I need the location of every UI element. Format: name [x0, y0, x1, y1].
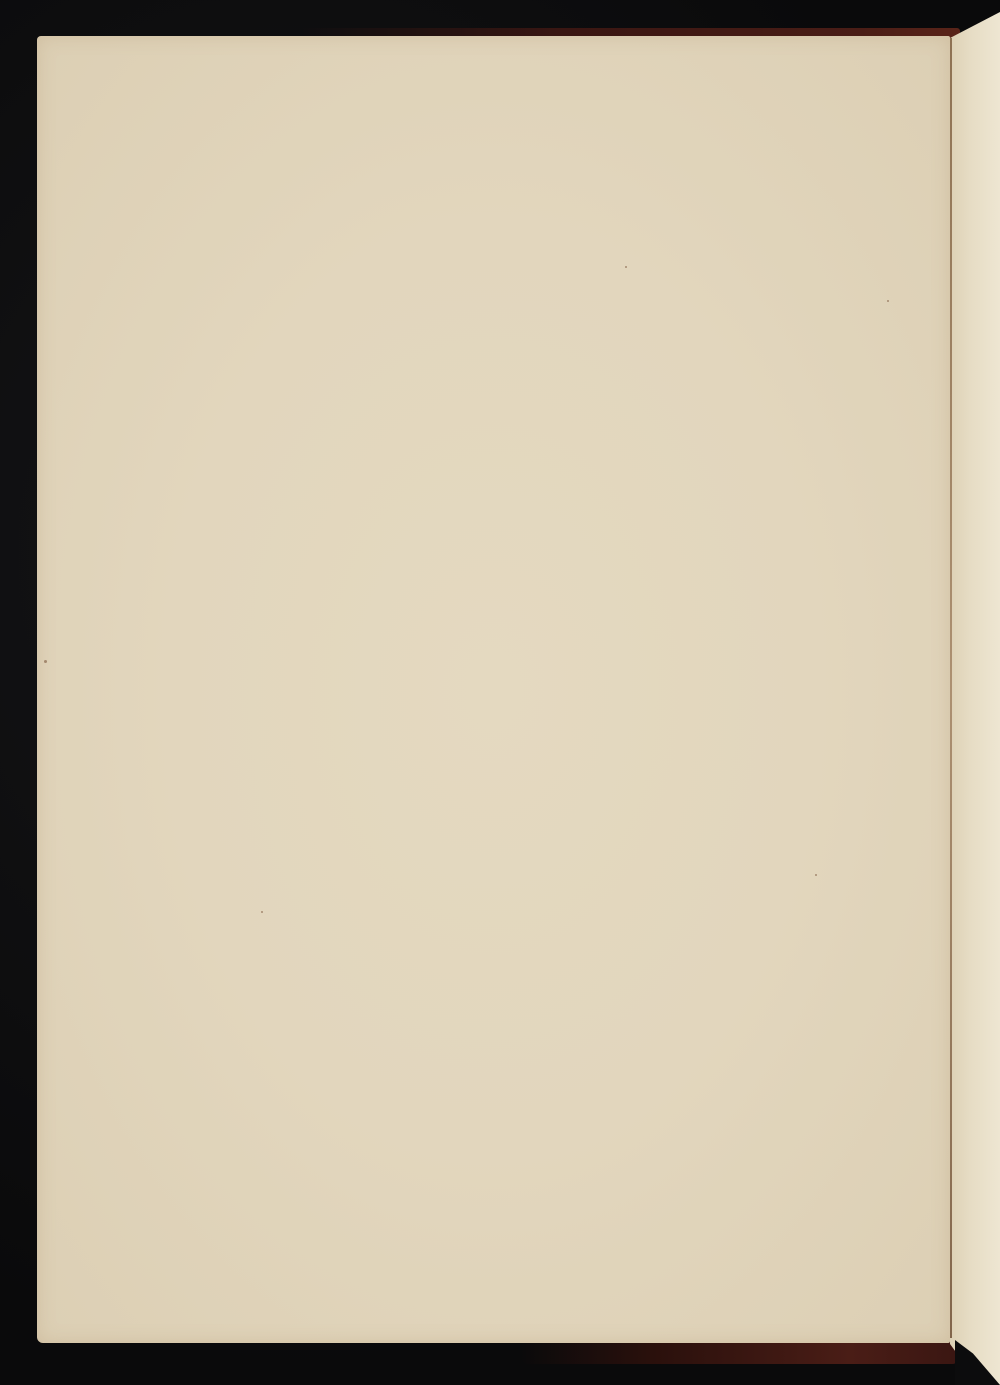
paper-speck	[625, 266, 627, 268]
page-gutter-crease	[950, 38, 952, 1338]
scan-scene	[0, 0, 1000, 1385]
adjacent-page-stack	[950, 12, 1000, 1385]
paper-speck	[887, 300, 889, 302]
paper-speck	[815, 874, 817, 876]
leather-binding-bottom-edge	[520, 1342, 960, 1364]
paper-speck	[261, 911, 263, 913]
paper-speck	[44, 660, 47, 663]
blank-book-page	[37, 36, 950, 1343]
